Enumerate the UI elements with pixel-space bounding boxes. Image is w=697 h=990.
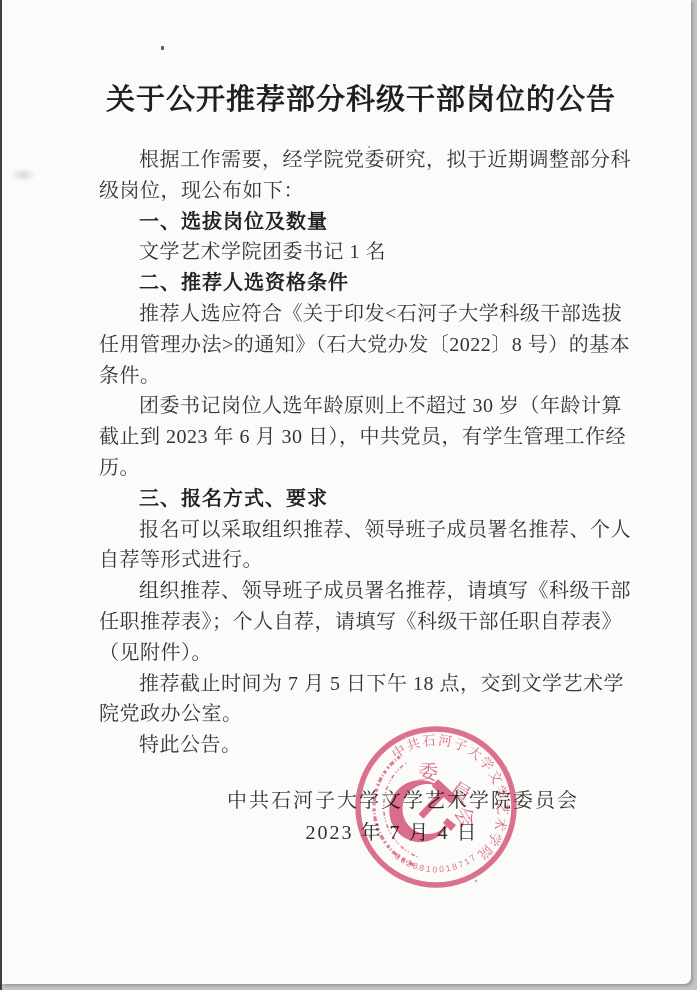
body-line: 条件。 — [99, 361, 623, 392]
section-heading-3: 三、报名方式、要求 — [99, 484, 623, 515]
body-line: （见附件）。 — [99, 638, 623, 669]
body-line: 推荐截止时间为 7 月 5 日下午 18 点，交到文学艺术学 — [99, 669, 623, 700]
body-line: 任职推荐表》；个人自荐，请填写《科级干部任职自荐表》 — [99, 607, 623, 638]
document-body: 根据工作需要，经学院党委研究，拟于近期调整部分科 级岗位，现公布如下： 一、选拔… — [99, 145, 623, 761]
svg-text:委: 委 — [417, 760, 439, 785]
body-line: 组织推荐、领导班子成员署名推荐，请填写《科级干部 — [99, 576, 623, 607]
body-line: 根据工作需要，经学院党委研究，拟于近期调整部分科 — [99, 145, 623, 176]
official-red-seal: 中共石河子大学文学艺术学院 委 員 会 — [350, 721, 522, 893]
section-heading-2: 二、推荐人选资格条件 — [99, 268, 623, 299]
svg-text:員: 員 — [446, 778, 475, 808]
scan-speck — [161, 46, 164, 50]
scanned-announcement-page: 关于公开推荐部分科级干部岗位的公告 根据工作需要，经学院党委研究，拟于近期调整部… — [0, 0, 697, 990]
seal-ring — [358, 729, 514, 885]
body-line: 级岗位，现公布如下： — [99, 176, 623, 207]
body-line: 任用管理办法>的通知》（石大党办发〔2022〕8 号）的基本 — [99, 330, 623, 361]
body-line: 团委书记岗位人选年龄原则上不超过 30 岁（年龄计算 — [99, 391, 623, 422]
body-line: 历。 — [99, 453, 623, 484]
section-heading-1: 一、选拔岗位及数量 — [99, 207, 623, 238]
body-line: 截止到 2023 年 6 月 30 日），中共党员，有学生管理工作经 — [99, 422, 623, 453]
seal-code-number: 6628810018717 — [393, 851, 479, 874]
body-line: 自荐等形式进行。 — [99, 545, 623, 576]
body-line: 报名可以采取组织推荐、领导班子成员署名推荐、个人 — [99, 515, 623, 546]
scan-smudge — [10, 168, 36, 182]
body-line: 文学艺术学院团委书记 1 名 — [99, 237, 623, 268]
paper-sheet: 关于公开推荐部分科级干部岗位的公告 根据工作需要，经学院党委研究，拟于近期调整部… — [2, 0, 691, 984]
body-line: 推荐人选应符合《关于印发<石河子大学科级干部选拔 — [99, 299, 623, 330]
hammer-and-sickle-icon — [389, 779, 457, 842]
document-title: 关于公开推荐部分科级干部岗位的公告 — [99, 80, 623, 120]
